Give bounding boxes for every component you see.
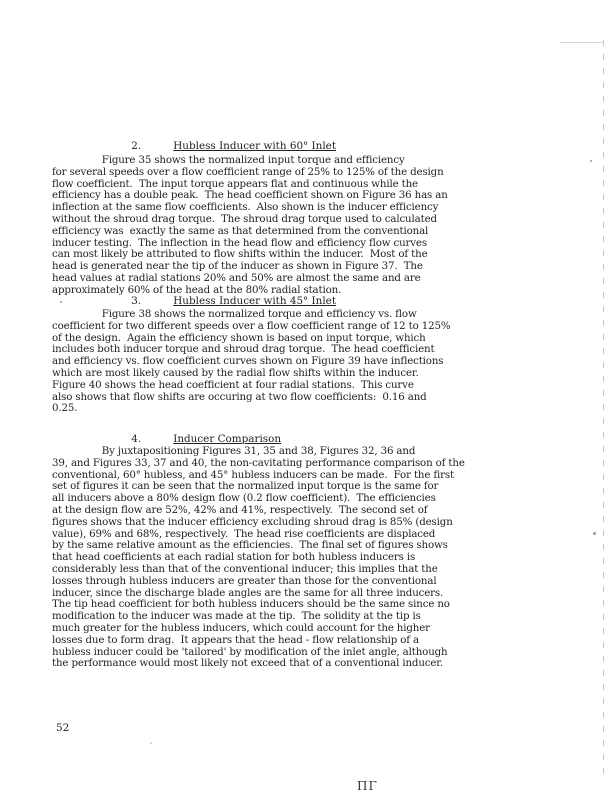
section-number: 2. (131, 140, 173, 152)
text-line: Figure 40 shows the head coefficient at … (52, 380, 572, 392)
text-line: much greater for the hubless inducers, w… (52, 623, 572, 635)
section-number: 3. (131, 295, 173, 307)
text-line: 0.25. (52, 403, 572, 415)
section-title: Inducer Comparison (173, 433, 281, 445)
text-line: losses due to form drag. It appears that… (52, 635, 572, 647)
section-3-body: Figure 38 shows the normalized torque an… (52, 309, 572, 415)
scan-speck (60, 301, 62, 303)
text-line: efficiency was exactly the same as that … (52, 226, 572, 238)
text-line: considerably less than that of the conve… (52, 564, 572, 576)
text-line: coefficient for two different speeds ove… (52, 321, 572, 333)
scan-edge-mark (560, 42, 604, 43)
section-number: 4. (131, 433, 173, 445)
text-line: without the shroud drag torque. The shro… (52, 214, 572, 226)
section-title: Hubless Inducer with 60° Inlet (173, 140, 336, 152)
section-2-body: Figure 35 shows the normalized input tor… (52, 155, 572, 297)
text-line: the performance would most likely not ex… (52, 658, 572, 670)
text-line: 39, and Figures 33, 37 and 40, the non-c… (52, 458, 572, 470)
text-line: also shows that flow shifts are occuring… (52, 392, 572, 404)
text-line: figures shows that the inducer efficienc… (52, 517, 572, 529)
text-line: losses through hubless inducers are grea… (52, 576, 572, 588)
scan-edge-line (603, 40, 604, 780)
scan-speck (590, 160, 592, 162)
section-title: Hubless Inducer with 45° Inlet (173, 295, 336, 307)
document-page: 2.Hubless Inducer with 60° Inlet Figure … (0, 0, 610, 792)
text-line: at the design flow are 52%, 42% and 41%,… (52, 505, 572, 517)
scan-speck (150, 742, 152, 744)
text-line: which are most likely caused by the radi… (52, 368, 572, 380)
section-4-body: By juxtapositioning Figures 31, 35 and 3… (52, 446, 572, 670)
page-number: 52 (56, 722, 69, 734)
scan-bottom-mark: ΠΓ (357, 779, 378, 792)
scan-speck (593, 532, 596, 535)
text-line: for several speeds over a flow coefficie… (52, 167, 572, 179)
